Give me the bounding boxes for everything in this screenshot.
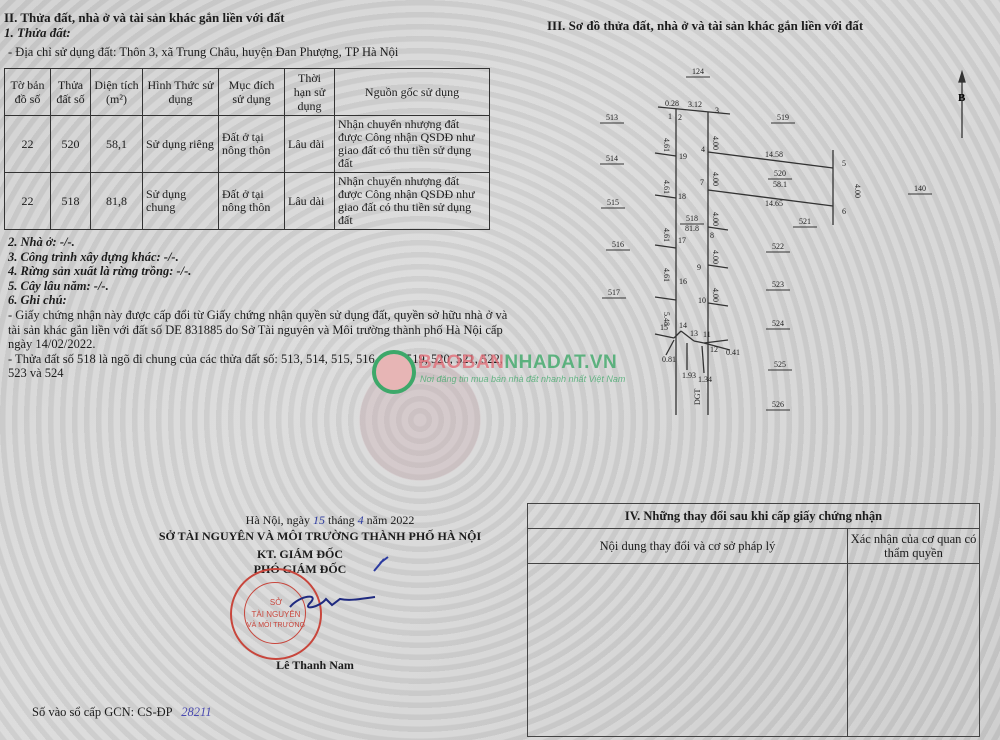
svg-text:513: 513: [606, 113, 618, 122]
svg-text:4: 4: [701, 145, 705, 154]
svg-text:4.61: 4.61: [662, 138, 671, 152]
item-other-construction: 3. Công trình xây dựng khác: -/-.: [8, 250, 508, 265]
svg-text:6: 6: [842, 207, 846, 216]
svg-text:0.41: 0.41: [726, 348, 740, 357]
svg-text:525: 525: [774, 360, 786, 369]
svg-text:517: 517: [608, 288, 620, 297]
watermark-logo-icon: [372, 350, 416, 394]
svg-text:7: 7: [700, 178, 704, 187]
svg-text:522: 522: [772, 242, 784, 251]
svg-text:3.12: 3.12: [688, 100, 702, 109]
svg-text:18: 18: [678, 192, 686, 201]
svg-text:1.93: 1.93: [682, 371, 696, 380]
section-2-title: II. Thửa đất, nhà ở và tài sản khác gắn …: [4, 10, 285, 26]
changes-confirmation-cell: [848, 564, 980, 737]
svg-text:2: 2: [678, 113, 682, 122]
header-origin: Nguồn gốc sử dụng: [335, 69, 490, 116]
svg-text:4.00: 4.00: [711, 250, 720, 264]
issuing-agency: SỞ TÀI NGUYÊN VÀ MÔI TRƯỜNG THÀNH PHỐ HÀ…: [140, 529, 500, 544]
svg-text:3: 3: [715, 106, 719, 115]
svg-text:5.48: 5.48: [662, 312, 671, 326]
svg-text:519: 519: [777, 113, 789, 122]
svg-text:0.81: 0.81: [662, 355, 676, 364]
svg-text:19: 19: [679, 152, 687, 161]
changes-col-content: Nội dung thay đổi và cơ sở pháp lý: [528, 529, 848, 564]
svg-text:4.61: 4.61: [662, 228, 671, 242]
svg-text:1: 1: [668, 112, 672, 121]
signature-scribble: [280, 555, 400, 615]
table-row: 22 518 81,8 Sử dụng chung Đất ở tại nông…: [5, 173, 490, 230]
signer-name: Lê Thanh Nam: [250, 658, 380, 673]
cell-purpose: Đất ở tại nông thôn: [219, 116, 285, 173]
remark-note-1: - Giấy chứng nhận này được cấp đổi từ Gi…: [8, 308, 508, 352]
svg-text:58.1: 58.1: [773, 180, 787, 189]
svg-text:4.00: 4.00: [711, 288, 720, 302]
svg-text:516: 516: [612, 240, 624, 249]
svg-text:124: 124: [692, 67, 704, 76]
cell-origin: Nhận chuyển nhượng đất được Công nhận QS…: [335, 173, 490, 230]
svg-text:14.65: 14.65: [765, 199, 783, 208]
header-purpose: Mục đích sử dụng: [219, 69, 285, 116]
svg-text:526: 526: [772, 400, 784, 409]
changes-col-confirmation: Xác nhận của cơ quan có thẩm quyền: [848, 529, 980, 564]
header-map-sheet: Tờ bản đồ số: [5, 69, 51, 116]
cell-term: Lâu dài: [285, 173, 335, 230]
parcel-diagram: B 12451351451551651751952152252352452552…: [580, 60, 1000, 430]
svg-text:4.00: 4.00: [711, 136, 720, 150]
land-address: - Địa chỉ sử dụng đất: Thôn 3, xã Trung …: [8, 45, 398, 60]
registry-number: 28211: [181, 705, 211, 719]
svg-text:140: 140: [914, 184, 926, 193]
section-2-subtitle: 1. Thửa đất:: [4, 25, 71, 41]
cell-area: 81,8: [91, 173, 143, 230]
svg-text:81.8: 81.8: [685, 224, 699, 233]
issue-day: 15: [313, 513, 325, 527]
header-area: Diện tích (m²): [91, 69, 143, 116]
svg-text:523: 523: [772, 280, 784, 289]
svg-text:515: 515: [607, 198, 619, 207]
svg-text:4.61: 4.61: [662, 268, 671, 282]
issue-month: 4: [358, 513, 364, 527]
header-parcel-no: Thửa đất số: [51, 69, 91, 116]
svg-text:4.00: 4.00: [711, 212, 720, 226]
registry-line: Số vào sổ cấp GCN: CS-ĐP 28211: [32, 705, 212, 720]
item-house: 2. Nhà ở: -/-.: [8, 235, 508, 250]
svg-text:9: 9: [697, 263, 701, 272]
cell-parcel-no: 520: [51, 116, 91, 173]
item-perennial-trees: 5. Cây lâu năm: -/-.: [8, 279, 508, 294]
cell-origin: Nhận chuyển nhượng đất được Công nhận QS…: [335, 116, 490, 173]
header-usage-form: Hình Thức sử dụng: [143, 69, 219, 116]
parcel-table: Tờ bản đồ số Thửa đất số Diện tích (m²) …: [4, 68, 490, 230]
cell-purpose: Đất ở tại nông thôn: [219, 173, 285, 230]
svg-text:521: 521: [799, 217, 811, 226]
cell-map-sheet: 22: [5, 116, 51, 173]
svg-text:524: 524: [772, 319, 784, 328]
svg-text:8: 8: [710, 231, 714, 240]
svg-text:16: 16: [679, 277, 687, 286]
svg-text:520: 520: [774, 169, 786, 178]
cell-area: 58,1: [91, 116, 143, 173]
svg-text:518: 518: [686, 214, 698, 223]
item-forest: 4. Rừng sản xuất là rừng trồng: -/-.: [8, 264, 508, 279]
cell-parcel-no: 518: [51, 173, 91, 230]
svg-text:4.00: 4.00: [853, 184, 862, 198]
svg-text:DGT: DGT: [693, 388, 702, 405]
svg-text:0.28: 0.28: [665, 99, 679, 108]
svg-text:514: 514: [606, 154, 618, 163]
cell-usage-form: Sử dụng riêng: [143, 116, 219, 173]
section-3-title: III. Sơ đồ thửa đất, nhà ở và tài sản kh…: [547, 18, 863, 34]
svg-text:14.58: 14.58: [765, 150, 783, 159]
svg-text:5: 5: [842, 159, 846, 168]
svg-text:4.00: 4.00: [711, 172, 720, 186]
parcel-table-header: Tờ bản đồ số Thửa đất số Diện tích (m²) …: [5, 69, 490, 116]
svg-text:11: 11: [703, 330, 711, 339]
svg-text:1.34: 1.34: [698, 375, 712, 384]
section-4-title: IV. Những thay đổi sau khi cấp giấy chứn…: [528, 504, 980, 529]
issue-date: Hà Nội, ngày 15 tháng 4 năm 2022: [160, 513, 500, 528]
changes-content-cell: [528, 564, 848, 737]
cell-term: Lâu dài: [285, 116, 335, 173]
item-remarks: 6. Ghi chú:: [8, 293, 508, 308]
table-row: 22 520 58,1 Sử dụng riêng Đất ở tại nông…: [5, 116, 490, 173]
svg-text:10: 10: [698, 296, 706, 305]
header-term: Thời hạn sử dụng: [285, 69, 335, 116]
svg-text:12: 12: [710, 345, 718, 354]
svg-text:13: 13: [690, 329, 698, 338]
svg-text:4.61: 4.61: [662, 180, 671, 194]
svg-text:14: 14: [679, 321, 687, 330]
changes-table: IV. Những thay đổi sau khi cấp giấy chứn…: [527, 503, 980, 737]
north-label: B: [958, 92, 966, 104]
cell-map-sheet: 22: [5, 173, 51, 230]
svg-text:17: 17: [678, 236, 686, 245]
cell-usage-form: Sử dụng chung: [143, 173, 219, 230]
